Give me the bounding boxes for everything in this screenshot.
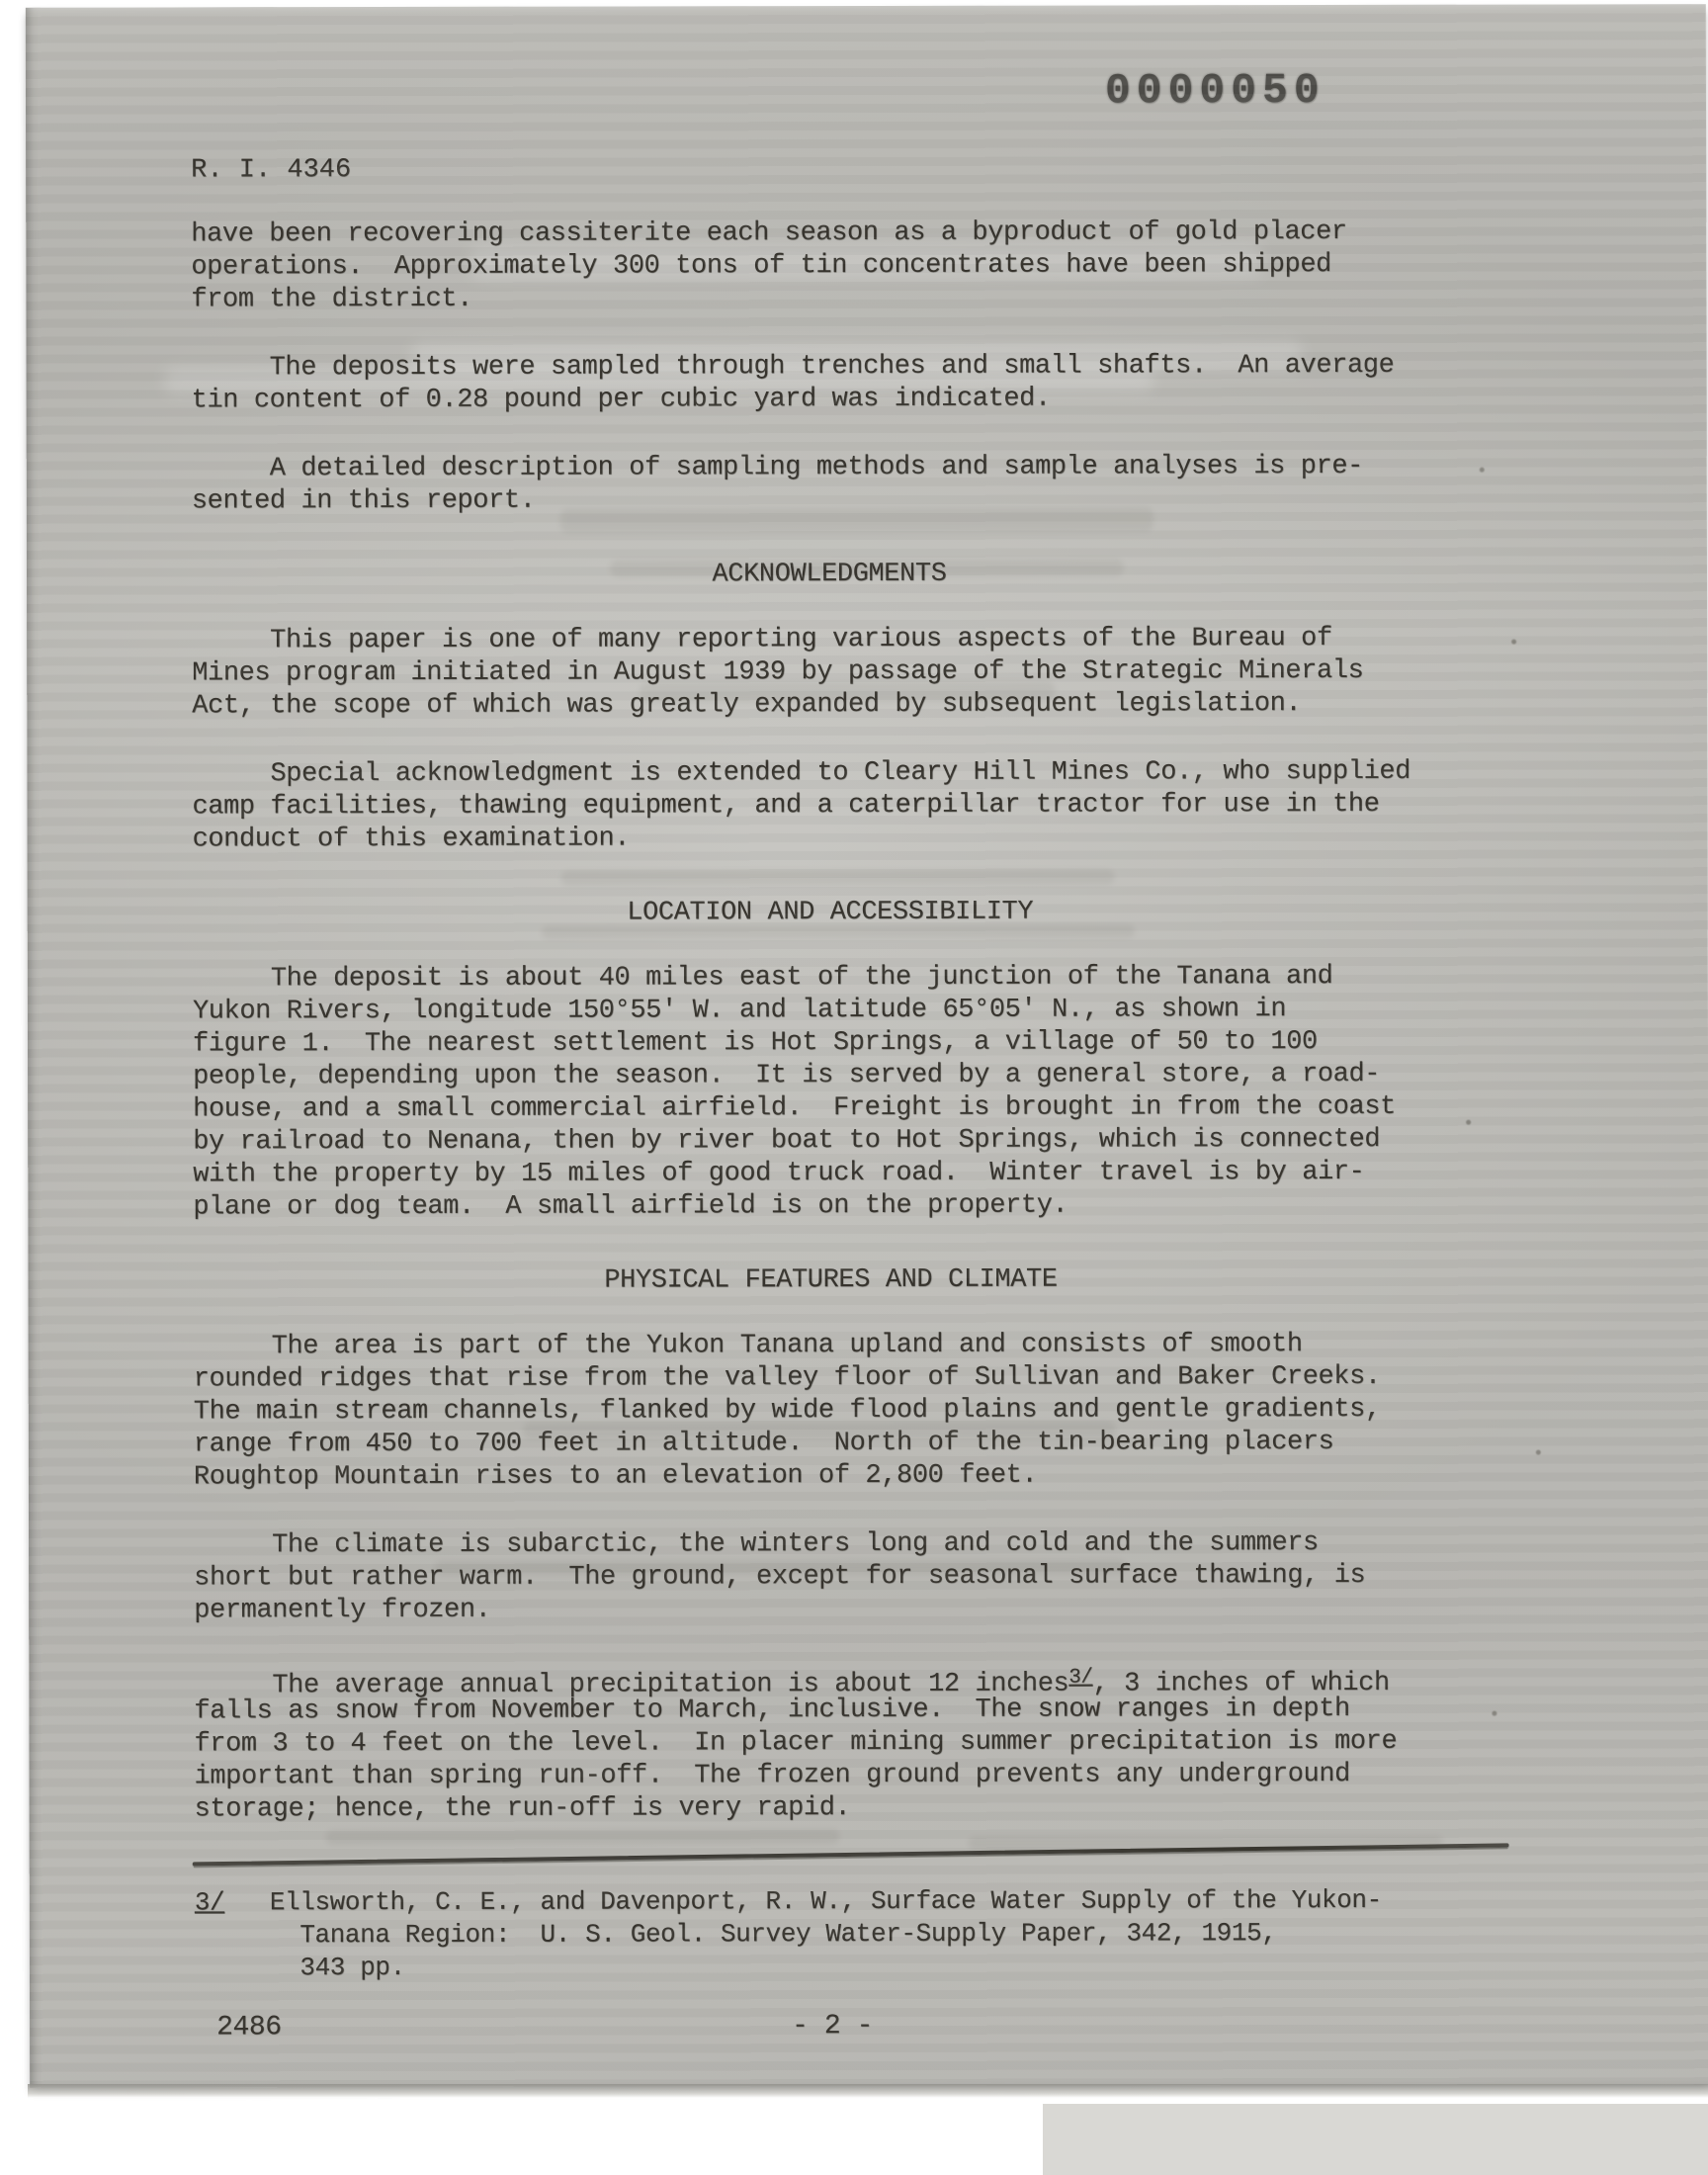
ink-speck [1536, 1450, 1541, 1455]
text-line: Yukon Rivers, longitude 150°55' W. and l… [193, 994, 1468, 1029]
text-line: 3/ Ellsworth, C. E., and Davenport, R. W… [195, 1883, 1470, 1919]
text-line: tin content of 0.28 pound per cubic yard… [192, 383, 1467, 418]
body-blocks: have been recovering cassiterite each se… [191, 217, 1469, 1827]
section-heading: ACKNOWLEDGMENTS [192, 558, 1467, 593]
text-line: Act, the scope of which was greatly expa… [192, 688, 1467, 724]
text-line: falls as snow from November to March, in… [194, 1694, 1469, 1729]
paragraph: A detailed description of sampling metho… [192, 451, 1467, 519]
page-stamp-number: 0000050 [1105, 66, 1325, 115]
text-line: storage; hence, the run-off is very rapi… [195, 1791, 1470, 1827]
text-line: The average annual precipitation is abou… [194, 1661, 1469, 1696]
text-line: The main stream channels, flanked by wid… [194, 1394, 1469, 1430]
text-line: figure 1. The nearest settlement is Hot … [193, 1026, 1468, 1062]
text-line: A detailed description of sampling metho… [192, 451, 1467, 486]
footnote: 3/ Ellsworth, C. E., and Davenport, R. W… [195, 1883, 1470, 1984]
text-line: plane or dog team. A small airfield is o… [193, 1189, 1468, 1225]
paragraph: This paper is one of many reporting vari… [192, 623, 1467, 724]
paragraph: The area is part of the Yukon Tanana upl… [194, 1329, 1469, 1495]
section-heading: PHYSICAL FEATURES AND CLIMATE [193, 1263, 1468, 1299]
paragraph: The deposit is about 40 miles east of th… [193, 961, 1469, 1225]
text-line: 343 pp. [195, 1949, 1470, 1984]
text-line: with the property by 15 miles of good tr… [193, 1157, 1468, 1192]
paragraph: The average annual precipitation is abou… [194, 1661, 1469, 1827]
footer-page-number: - 2 - [195, 2009, 1470, 2044]
paragraph: The deposits were sampled through trench… [192, 350, 1467, 418]
page-footer: 2486 - 2 - [195, 2009, 1470, 2051]
report-number: R. I. 4346 [191, 155, 351, 185]
text-line: permanently frozen. [194, 1593, 1469, 1628]
text-line: short but rather warm. The ground, excep… [194, 1560, 1469, 1596]
document-page: 0000050 R. I. 4346 have been recovering … [26, 4, 1708, 2088]
footnote-divider [193, 1843, 1509, 1866]
text-line: house, and a small commercial airfield. … [193, 1091, 1468, 1127]
text-line: The area is part of the Yukon Tanana upl… [194, 1329, 1469, 1364]
paragraph: The climate is subarctic, the winters lo… [194, 1527, 1469, 1628]
text-line: rounded ridges that rise from the valley… [194, 1361, 1469, 1397]
text-line: have been recovering cassiterite each se… [191, 217, 1466, 252]
scanner-mat [1043, 2104, 1708, 2175]
text-line: from 3 to 4 feet on the level. In placer… [194, 1726, 1469, 1762]
document-body: have been recovering cassiterite each se… [191, 217, 1470, 2051]
text-line: The deposits were sampled through trench… [192, 350, 1467, 386]
paragraph: have been recovering cassiterite each se… [191, 217, 1466, 317]
text-line: important than spring run-off. The froze… [195, 1759, 1470, 1794]
text-line: Tanana Region: U. S. Geol. Survey Water-… [195, 1916, 1470, 1952]
text-line: operations. Approximately 300 tons of ti… [191, 249, 1466, 285]
text-line: from the district. [191, 282, 1466, 317]
paragraph: Special acknowledgment is extended to Cl… [192, 756, 1467, 857]
text-line: Roughtop Mountain rises to an elevation … [194, 1459, 1469, 1495]
text-line: This paper is one of many reporting vari… [192, 623, 1467, 658]
paper-bottom-shadow [28, 2084, 1708, 2098]
text-line: range from 450 to 700 feet in altitude. … [194, 1427, 1469, 1462]
ink-speck [1492, 1711, 1496, 1716]
text-line: The deposit is about 40 miles east of th… [193, 961, 1468, 997]
text-line: The climate is subarctic, the winters lo… [194, 1527, 1469, 1563]
text-line: by railroad to Nenana, then by river boa… [193, 1124, 1468, 1160]
section-heading: LOCATION AND ACCESSIBILITY [193, 896, 1468, 931]
ink-speck [1480, 468, 1485, 473]
text-line: conduct of this examination. [193, 822, 1468, 857]
text-line: Special acknowledgment is extended to Cl… [192, 756, 1467, 792]
text-line: camp facilities, thawing equipment, and … [192, 789, 1467, 825]
text-line: Mines program initiated in August 1939 b… [192, 655, 1467, 691]
text-line: sented in this report. [192, 483, 1467, 519]
text-line: people, depending upon the season. It is… [193, 1059, 1468, 1094]
ink-speck [1511, 640, 1516, 645]
